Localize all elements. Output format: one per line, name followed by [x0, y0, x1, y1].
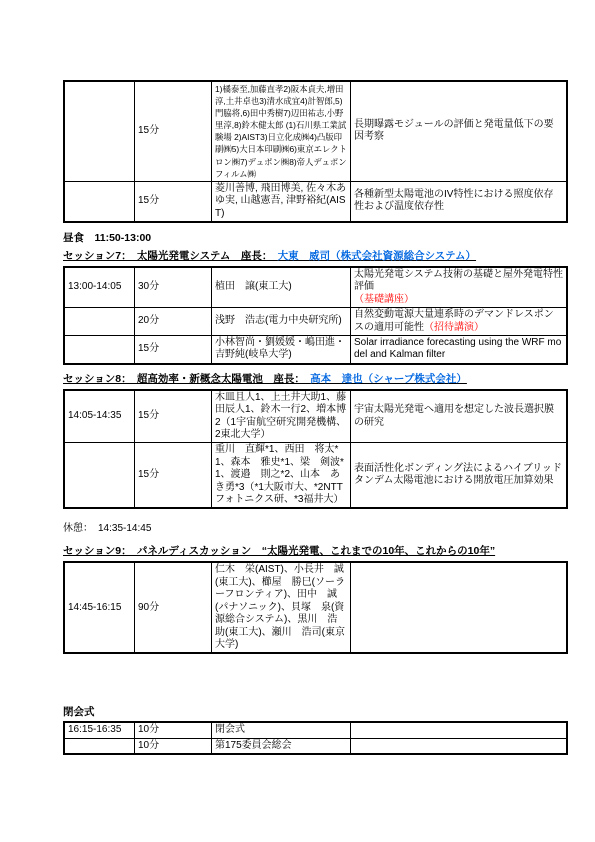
event-cell: 第175委員会総会 — [212, 738, 351, 754]
time-cell: 14:05-14:35 — [64, 390, 135, 443]
time-cell — [64, 738, 135, 754]
table-row: 15分 1)橘泰至,加藤直孝2)阪本貞夫,増田淳,土井卓也3)清水成宜4)計智郎… — [64, 81, 567, 181]
session7-chair-name: 大東 威司（株式会社資源総合システム） — [278, 250, 476, 262]
break-label: 休憩： 14:35-14:45 — [63, 522, 537, 535]
session7-heading: セッション7： 太陽光発電システム 座長： 大東 威司（株式会社資源総合システム… — [63, 250, 537, 263]
title-cell: Solar irradiance forecasting using the W… — [351, 336, 568, 364]
title-cell: 表面活性化ボンディング法によるハイブリッドタンデム太陽電池における開放電圧加算効… — [351, 443, 568, 509]
table-row: 20分 浅野 浩志(電力中央研究所) 自然変動電源大量連系時のデマンドレスポンス… — [64, 308, 567, 336]
speakers-cell: 浅野 浩志(電力中央研究所) — [212, 308, 351, 336]
duration-cell: 15分 — [135, 81, 212, 181]
duration-cell: 10分 — [135, 722, 212, 738]
page-content: 15分 1)橘泰至,加藤直孝2)阪本貞夫,増田淳,土井卓也3)清水成宜4)計智郎… — [63, 0, 537, 755]
table-row: 16:15-16:35 10分 閉会式 — [64, 722, 567, 738]
lunch-label: 昼食 11:50-13:00 — [63, 232, 537, 245]
session8-heading: セッション8： 超高効率・新概念太陽電池 座長： 高本 達也（シャープ株式会社） — [63, 373, 537, 386]
speakers-cell: 植田 譲(東工大) — [212, 267, 351, 308]
speakers-cell: 木皿且人1、上土井大助1、藤田辰人1、鈴木一行2、増本博2（1宇宙航空研究開発機… — [212, 390, 351, 443]
session9-heading: セッション9： パネルディスカッション “太陽光発電、これまでの10年、これから… — [63, 545, 537, 558]
time-cell — [64, 181, 135, 222]
title-cell — [351, 738, 568, 754]
session7-title: セッション7： 太陽光発電システム 座長： — [63, 250, 278, 262]
title-cell: 太陽光発電システム技術の基礎と屋外発電特性評価（基礎講座） — [351, 267, 568, 308]
time-cell — [64, 336, 135, 364]
speakers-text: 1)橘泰至,加藤直孝2)阪本貞夫,増田淳,土井卓也3)清水成宜4)計智郎,5)門… — [215, 83, 347, 180]
table-row: 14:05-14:35 15分 木皿且人1、上土井大助1、藤田辰人1、鈴木一行2… — [64, 390, 567, 443]
table-row: 14:45-16:15 90分 仁木 栄(AIST)、小長井 誠(東工大)、櫛屋… — [64, 562, 567, 653]
title-cell — [351, 562, 568, 653]
session9-table: 14:45-16:15 90分 仁木 栄(AIST)、小長井 誠(東工大)、櫛屋… — [63, 561, 568, 654]
session8-chair-name: 高本 達也（シャープ株式会社） — [310, 373, 467, 385]
table-row: 13:00-14:05 30分 植田 譲(東工大) 太陽光発電システム技術の基礎… — [64, 267, 567, 308]
title-cell: 長期曝露モジュールの評価と発電量低下の要因考察 — [351, 81, 568, 181]
speakers-cell: 菱川善博, 飛田博美, 佐々木あゆ実, 山越憲吾, 津野裕紀(AIST) — [212, 181, 351, 222]
lecture-type-label: （基礎講座） — [354, 294, 563, 306]
session9-title: セッション9： パネルディスカッション “太陽光発電、これまでの10年、これから… — [63, 545, 495, 557]
event-cell: 閉会式 — [212, 722, 351, 738]
session7-table: 13:00-14:05 30分 植田 譲(東工大) 太陽光発電システム技術の基礎… — [63, 266, 568, 365]
title-cell: 自然変動電源大量連系時のデマンドレスポンスの適用可能性（招待講演） — [351, 308, 568, 336]
speakers-cell: 重川 直輝*1、西田 将太*1、森本 雅史*1、梁 剣波*1、渡邉 則之*2、山… — [212, 443, 351, 509]
duration-cell: 30分 — [135, 267, 212, 308]
duration-cell: 15分 — [135, 443, 212, 509]
table-row: 15分 小林智尚・劉媛媛・嶋田進・吉野純(岐阜大学) Solar irradia… — [64, 336, 567, 364]
table-row: 15分 菱川善博, 飛田博美, 佐々木あゆ実, 山越憲吾, 津野裕紀(AIST)… — [64, 181, 567, 222]
title-cell: 宇宙太陽光発電へ適用を想定した波長選択膜の研究 — [351, 390, 568, 443]
title-cell: 各種新型太陽電池のIV特性における照度依存性および温度依存性 — [351, 181, 568, 222]
time-cell: 16:15-16:35 — [64, 722, 135, 738]
speakers-cell: 1)橘泰至,加藤直孝2)阪本貞夫,増田淳,土井卓也3)清水成宜4)計智郎,5)門… — [212, 81, 351, 181]
duration-cell: 15分 — [135, 336, 212, 364]
program-page: 15分 1)橘泰至,加藤直孝2)阪本貞夫,増田淳,土井卓也3)清水成宜4)計智郎… — [0, 0, 595, 842]
time-cell — [64, 81, 135, 181]
title-text: 太陽光発電システム技術の基礎と屋外発電特性評価 — [354, 269, 563, 292]
duration-cell: 20分 — [135, 308, 212, 336]
title-cell — [351, 722, 568, 738]
time-cell — [64, 443, 135, 509]
table-row: 15分 重川 直輝*1、西田 将太*1、森本 雅史*1、梁 剣波*1、渡邉 則之… — [64, 443, 567, 509]
lecture-type-label: （招待講演） — [424, 322, 484, 333]
duration-cell: 15分 — [135, 390, 212, 443]
session8-title: セッション8： 超高効率・新概念太陽電池 座長： — [63, 373, 310, 385]
time-cell: 14:45-16:15 — [64, 562, 135, 653]
closing-table: 16:15-16:35 10分 閉会式 10分 第175委員会総会 — [63, 721, 568, 755]
time-cell — [64, 308, 135, 336]
duration-cell: 15分 — [135, 181, 212, 222]
table-row: 10分 第175委員会総会 — [64, 738, 567, 754]
duration-cell: 10分 — [135, 738, 212, 754]
speakers-cell: 仁木 栄(AIST)、小長井 誠(東工大)、櫛屋 勝巳(ソーラーフロンティア)、… — [212, 562, 351, 653]
closing-heading: 閉会式 — [63, 706, 537, 719]
time-cell: 13:00-14:05 — [64, 267, 135, 308]
duration-cell: 90分 — [135, 562, 212, 653]
continuation-table: 15分 1)橘泰至,加藤直孝2)阪本貞夫,増田淳,土井卓也3)清水成宜4)計智郎… — [63, 80, 568, 223]
speakers-cell: 小林智尚・劉媛媛・嶋田進・吉野純(岐阜大学) — [212, 336, 351, 364]
session8-table: 14:05-14:35 15分 木皿且人1、上土井大助1、藤田辰人1、鈴木一行2… — [63, 389, 568, 510]
